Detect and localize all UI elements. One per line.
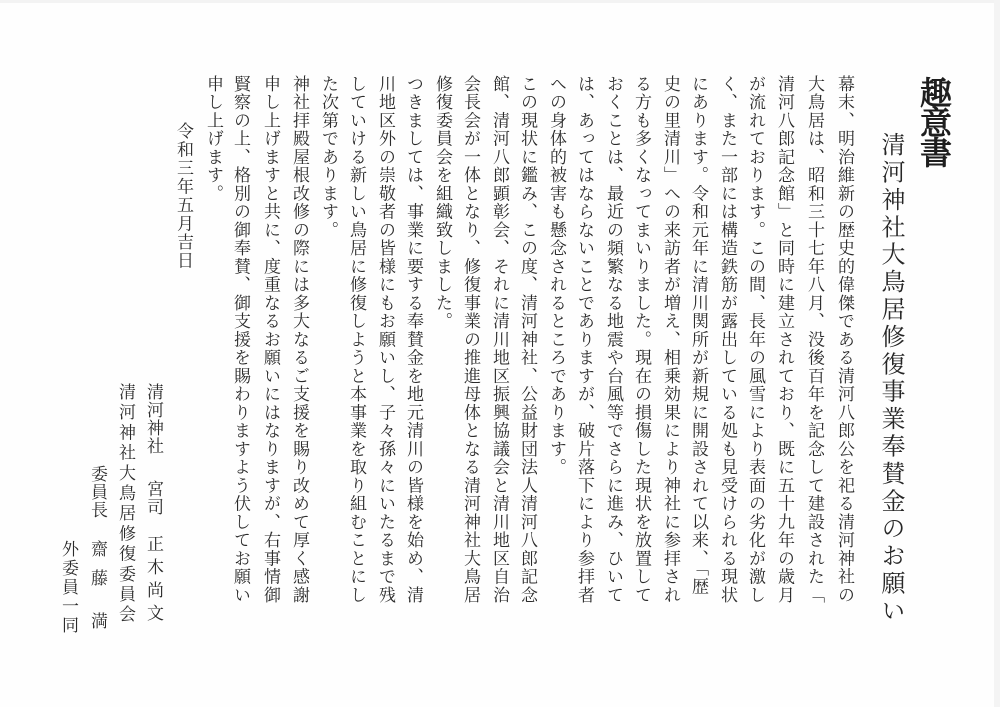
body-column: この現状に鑑み、この度、清河神社、公益財団法人清河八郎記念	[515, 75, 535, 604]
body-column: 館、清河八郎顕彰会、それに清川地区振興協議会と清川地区自治	[487, 75, 507, 604]
signature-name-1: 正木尚文	[144, 535, 161, 627]
signature-line-1: 清河神社	[144, 383, 161, 455]
body-column: く、また一部には構造鉄筋が露出している処も見受けられる現状	[715, 75, 735, 604]
signature-others: 外委員一同	[59, 540, 76, 635]
body-column: た次第であります。	[316, 75, 336, 239]
signature-role-2: 委員長	[88, 465, 105, 519]
body-column: 大鳥居は、昭和三十七年八月、没後百年を記念して建設された「	[802, 75, 822, 604]
body-column: 神社拝殿屋根改修の際には多大なるご支援を賜り改めて厚く感謝	[287, 75, 307, 604]
signature-org-2: 清河神社大鳥居修復委員会	[116, 383, 133, 625]
body-column: 史の里清川」への来訪者が増え、相乗効果により神社に参拝され	[658, 75, 678, 604]
body-column: 申し上げます。	[201, 75, 221, 203]
body-column: していける新しい鳥居に修復しようと本事業を取り組むことにし	[344, 75, 364, 604]
body-column: 申し上げますと共に、度重なるお願いにはなりますが、右事情御	[258, 75, 278, 604]
issue-date: 令和三年五月吉日	[174, 122, 191, 270]
body-column: 賢察の上、格別の御奉賛、御支援を賜わりますよう伏してお願い	[228, 75, 248, 604]
signature-name-2-given: 満	[88, 612, 105, 630]
body-column: おくことは、最近の頻繁なる地震や台風等でさらに進み、ひいて	[601, 75, 621, 604]
body-column: 川地区外の崇敬者の皆様にもお願いし、子々孫々にいたるまで残	[373, 75, 393, 604]
body-column: つきましては、事業に要する奉賛金を地元清川の皆様を始め、清	[401, 75, 421, 604]
signature-role-1: 宮司	[144, 480, 161, 516]
document-page: 趣意書 清河神社大鳥居修復事業奉賛金のお願い 幕末、明治維新の歴史的偉傑である清…	[0, 0, 1000, 707]
scan-edge-right	[994, 0, 1000, 707]
signature-name-2-family: 齋藤	[88, 540, 105, 598]
body-column: 幕末、明治維新の歴史的偉傑である清河八郎公を祀る清河神社の	[832, 75, 852, 604]
signature-org-1: 清河神社	[143, 383, 163, 455]
body-column: 会長会が一体となり、修復事業の推進母体となる清河神社大鳥居	[458, 75, 478, 604]
body-column: が流れております。この間、長年の風雪により表面の劣化が激し	[743, 75, 763, 604]
body-column: 修復委員会を組織致しました。	[430, 75, 450, 331]
document-subtitle: 清河神社大鳥居修復事業奉賛金のお願い	[879, 132, 903, 625]
body-column: は、あってはならないことでありますが、破片落下により参拝者	[572, 75, 592, 604]
body-column: にあります。令和元年に清川関所が新規に開設されて以来、「歴	[686, 75, 706, 596]
document-title: 趣意書	[918, 76, 950, 166]
body-column: る方も多くなってまいりました。現在の損傷した現状を放置して	[629, 75, 649, 604]
scan-edge-top	[0, 0, 1000, 3]
body-column: への身体的被害も懸念されるところであります。	[544, 75, 564, 477]
body-column: 清河八郎記念館」と同時に建立されており、既に五十九年の歳月	[772, 75, 792, 604]
